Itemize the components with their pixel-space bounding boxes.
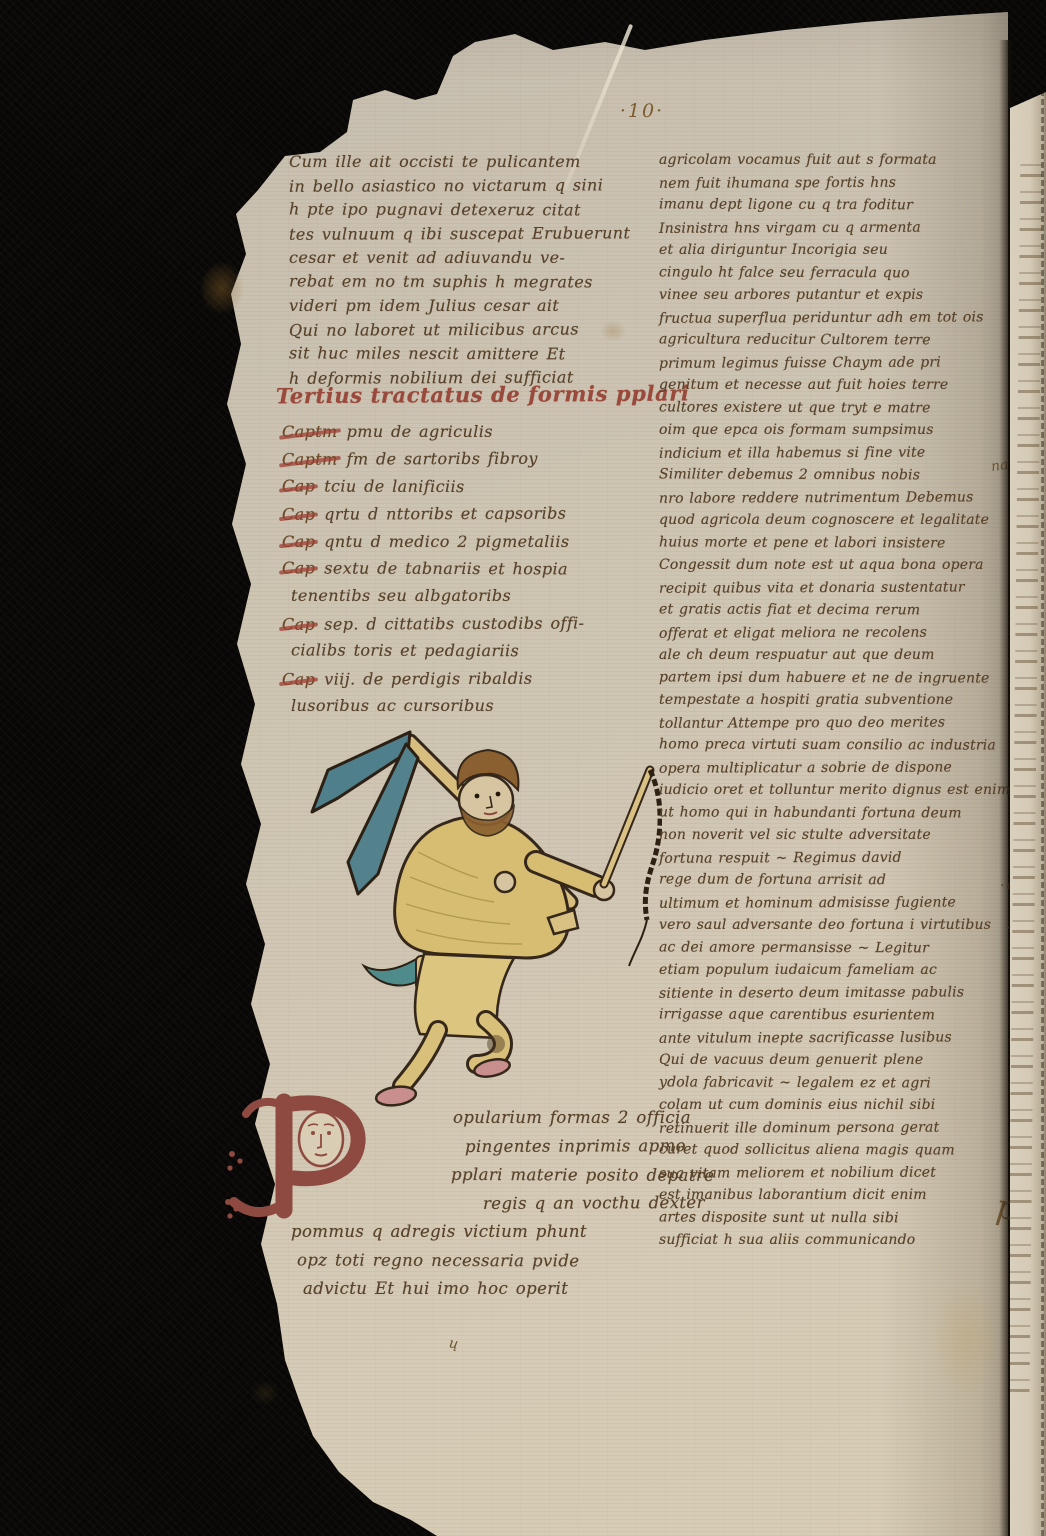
manuscript-line: Insinistra hns virgam cu q armenta bbox=[659, 216, 1009, 240]
manuscript-line: cingulo ht falce seu ferracula quo bbox=[659, 261, 1009, 285]
manuscript-line: Congessit dum note est ut aqua bona oper… bbox=[659, 554, 1009, 577]
manuscript-line: opera multiplicatur a sobrie de dispone bbox=[659, 756, 1009, 780]
manuscript-line: pingentes inprimis apmo bbox=[287, 1132, 653, 1162]
manuscript-line: colam ut cum dominis eius nichil sibi bbox=[659, 1094, 1009, 1117]
manuscript-line: vero saul adversante deo fortuna i virtu… bbox=[659, 914, 1009, 937]
chapter-item: Captmpmu de agriculis bbox=[282, 418, 652, 445]
manuscript-line: sitiente in deserto deum imitasse pabuli… bbox=[659, 981, 1009, 1005]
manuscript-line: tollantur Attempe pro quo deo merites bbox=[659, 711, 1009, 735]
manuscript-line: quod agricola deum cognoscere et legalit… bbox=[659, 509, 1009, 532]
manuscript-line: oim que epca ois formam sumpsimus bbox=[659, 419, 1009, 442]
flail-stick bbox=[604, 770, 650, 884]
manuscript-line: ac dei amore permansisse ~ Legitur bbox=[659, 936, 1009, 960]
incipit-paragraph: opularium formas 2 officiapingentes inpr… bbox=[287, 1104, 653, 1304]
manuscript-line: indicium et illa habemus si fine vite bbox=[659, 441, 1009, 465]
manuscript-line: tempestate a hospiti gratia subventione bbox=[659, 689, 1009, 712]
chapter-title: tenentibs seu albgatoribs bbox=[291, 586, 511, 605]
manuscript-line: fructua superflua periduntur adh em tot … bbox=[659, 306, 1009, 330]
manuscript-line: cesar et venit ad adiuvandu ve- bbox=[289, 246, 645, 270]
manuscript-line: in bello asiastico no victarum q sini bbox=[289, 173, 645, 199]
manuscript-line: est imanibus laborantium dicit enim bbox=[659, 1184, 1009, 1207]
manuscript-line: partem ipsi dum habuere et ne de ingruen… bbox=[659, 666, 1009, 690]
right-column: agricolam vocamus fuit aut s formatanem … bbox=[659, 149, 1009, 1252]
manuscript-line: Qui de vacuus deum genuerit plene bbox=[659, 1049, 1009, 1072]
manuscript-line: imanu dept ligone cu q tra foditur bbox=[659, 193, 1009, 217]
manuscript-line: etiam populum iudaicum fameliam ac bbox=[659, 959, 1009, 982]
chapter-item: cialibs toris et pedagiariis bbox=[282, 637, 652, 666]
chapter-item: Capqntu d medico 2 pigmetaliis bbox=[282, 528, 652, 555]
manuscript-line: videri pm idem Julius cesar ait bbox=[289, 294, 645, 318]
left-column-intro: Cum ille ait occisti te pulicantemin bel… bbox=[289, 150, 645, 390]
manuscript-line: offerat et eligat meliora ne recolens bbox=[659, 621, 1009, 645]
manuscript-line: sua vitam meliorem et nobilium dicet bbox=[659, 1161, 1009, 1185]
manuscript-line: curet quod sollicitus aliena magis quam bbox=[659, 1138, 1009, 1162]
chapter-title: pmu de agriculis bbox=[347, 422, 493, 441]
manuscript-line: homo preca virtuti suam consilio ac indu… bbox=[659, 733, 1009, 757]
manuscript-line: tes vulnuum q ibi suscepat Erubuerunt bbox=[289, 221, 645, 247]
manuscript-line: ultimum et hominum admisisse fugiente bbox=[659, 891, 1009, 915]
manuscript-line: cultores existere ut que tryt e matre bbox=[659, 396, 1009, 420]
chapter-item: Captciu de lanificiis bbox=[282, 472, 652, 501]
manuscript-line: opz toti regno necessaria pvide bbox=[287, 1246, 653, 1276]
chapter-number-mark: Captm bbox=[282, 450, 338, 469]
manuscript-line: Cum ille ait occisti te pulicantem bbox=[289, 150, 645, 174]
chapter-item: Capsep. d cittatibs custodibs offi- bbox=[282, 609, 652, 638]
chapter-title: qntu d medico 2 pigmetaliis bbox=[324, 532, 569, 551]
chapter-number-mark: Cap bbox=[282, 558, 315, 577]
flail-thong bbox=[645, 770, 660, 920]
chapter-number-mark: Cap bbox=[282, 476, 315, 495]
manuscript-line: huius morte et pene et labori insistere bbox=[659, 531, 1009, 555]
peasant-illustration bbox=[298, 712, 662, 1116]
manuscript-line: pommus q adregis victium phunt bbox=[287, 1218, 653, 1247]
chapter-item: Capsextu de tabnariis et hospia bbox=[282, 554, 652, 583]
chapter-number-mark: Captm bbox=[282, 422, 338, 441]
left-eye bbox=[475, 794, 480, 799]
chapter-item: Capviij. de perdigis ribaldis bbox=[282, 664, 652, 693]
flail-thong-tail bbox=[629, 920, 647, 966]
knee-smudge bbox=[487, 1035, 505, 1053]
manuscript-line: vinee seu arbores putantur et expis bbox=[659, 284, 1009, 307]
chapter-list: Captmpmu de agriculis Captmfm de sartori… bbox=[282, 418, 652, 719]
chapter-title: qrtu d nttoribs et capsoribs bbox=[324, 504, 566, 524]
manuscript-line: Qui no laboret ut milicibus arcus bbox=[289, 317, 645, 343]
chapter-number-mark: Cap bbox=[282, 505, 315, 524]
manuscript-line: regis q an vocthu dexter bbox=[287, 1189, 653, 1219]
chapter-title: sextu de tabnariis et hospia bbox=[324, 559, 568, 579]
manuscript-line: recipit quibus vita et donaria sustentat… bbox=[659, 576, 1009, 600]
adjacent-folio-edge bbox=[1010, 92, 1046, 1536]
manuscript-line: agricultura reducitur Cultorem terre bbox=[659, 328, 1009, 352]
manuscript-line: et gratis actis fiat et decima rerum bbox=[659, 598, 1009, 622]
manuscript-line: ante vitulum inepte sacrificasse lusibus bbox=[659, 1026, 1009, 1050]
manuscript-line: Similiter debemus 2 omnibus nobis bbox=[659, 463, 1009, 487]
manuscript-line: ale ch deum respuatur aut que deum bbox=[659, 644, 1009, 667]
manuscript-line: non noverit vel sic stulte adversitate bbox=[659, 824, 1009, 847]
manuscript-line: retinuerit ille dominum persona gerat bbox=[659, 1116, 1009, 1140]
manuscript-line: sit huc miles nescit amittere Et bbox=[289, 341, 645, 366]
manuscript-line: artes disposite sunt ut nulla sibi bbox=[659, 1206, 1009, 1230]
chapter-title: tciu de lanificiis bbox=[324, 476, 464, 495]
chapter-number-mark: Cap bbox=[282, 669, 315, 688]
initial-foot-flourish bbox=[234, 1202, 284, 1212]
manuscript-line: fortuna respuit ~ Regimus david bbox=[659, 846, 1009, 870]
manuscript-line: primum legimus fuisse Chaym ade pri bbox=[659, 351, 1009, 375]
manuscript-line: nem fuit ihumana spe fortis hns bbox=[659, 171, 1009, 195]
chapter-number-mark: Cap bbox=[282, 615, 315, 634]
manuscript-line: rege dum de fortuna arrisit ad bbox=[659, 868, 1009, 892]
chapter-title: fm de sartoribs fibroy bbox=[347, 449, 538, 469]
teal-sash bbox=[364, 958, 418, 985]
rubric-heading: Tertius tractatus de formis pplari bbox=[276, 381, 656, 409]
manuscript-line: irrigasse aque carentibus esurientem bbox=[659, 1003, 1009, 1027]
chapter-item: Capqrtu d nttoribs et capsoribs bbox=[282, 499, 652, 528]
chapter-title: sep. d cittatibs custodibs offi- bbox=[324, 613, 584, 633]
chapter-item: Captmfm de sartoribs fibroy bbox=[282, 445, 652, 474]
manuscript-line: iudicio oret et tolluntur merito dignus … bbox=[659, 779, 1009, 802]
manuscript-photo: ·10· Cum ille ait occisti te pulicantemi… bbox=[0, 0, 1046, 1536]
manuscript-line: h pte ipo pugnavi detexeruz citat bbox=[289, 197, 645, 222]
ink-stain bbox=[250, 1380, 280, 1406]
manuscript-line: nro labore reddere nutrimentum Debemus bbox=[659, 486, 1009, 510]
manuscript-line: ut homo qui in habundanti fortuna deum bbox=[659, 801, 1009, 825]
chapter-number-mark: Cap bbox=[282, 532, 315, 551]
chapter-title: viij. de perdigis ribaldis bbox=[324, 668, 532, 688]
manuscript-line: pplari materie posito depatre bbox=[287, 1160, 653, 1190]
manuscript-line: opularium formas 2 officia bbox=[287, 1104, 653, 1133]
manuscript-line: advictu Et hui imo hoc operit bbox=[287, 1275, 653, 1304]
left-hand bbox=[495, 872, 515, 892]
manuscript-line: et alia diriguntur Incorigia seu bbox=[659, 239, 1009, 262]
tunic bbox=[395, 817, 569, 958]
chapter-title: cialibs toris et pedagiariis bbox=[291, 641, 519, 661]
manuscript-line: genitum et necesse aut fuit hoies terre bbox=[659, 374, 1009, 397]
chapter-item: tenentibs seu albgatoribs bbox=[282, 582, 652, 609]
manuscript-line: sufficiat h sua aliis communicando bbox=[659, 1229, 1009, 1252]
manuscript-line: ydola fabricavit ~ legalem ez et agri bbox=[659, 1071, 1009, 1095]
folio-number: ·10· bbox=[592, 100, 692, 122]
right-eye bbox=[496, 792, 501, 797]
manuscript-line: agricolam vocamus fuit aut s formata bbox=[659, 149, 1009, 172]
manuscript-line: rebat em no tm suphis h megrates bbox=[289, 269, 645, 294]
